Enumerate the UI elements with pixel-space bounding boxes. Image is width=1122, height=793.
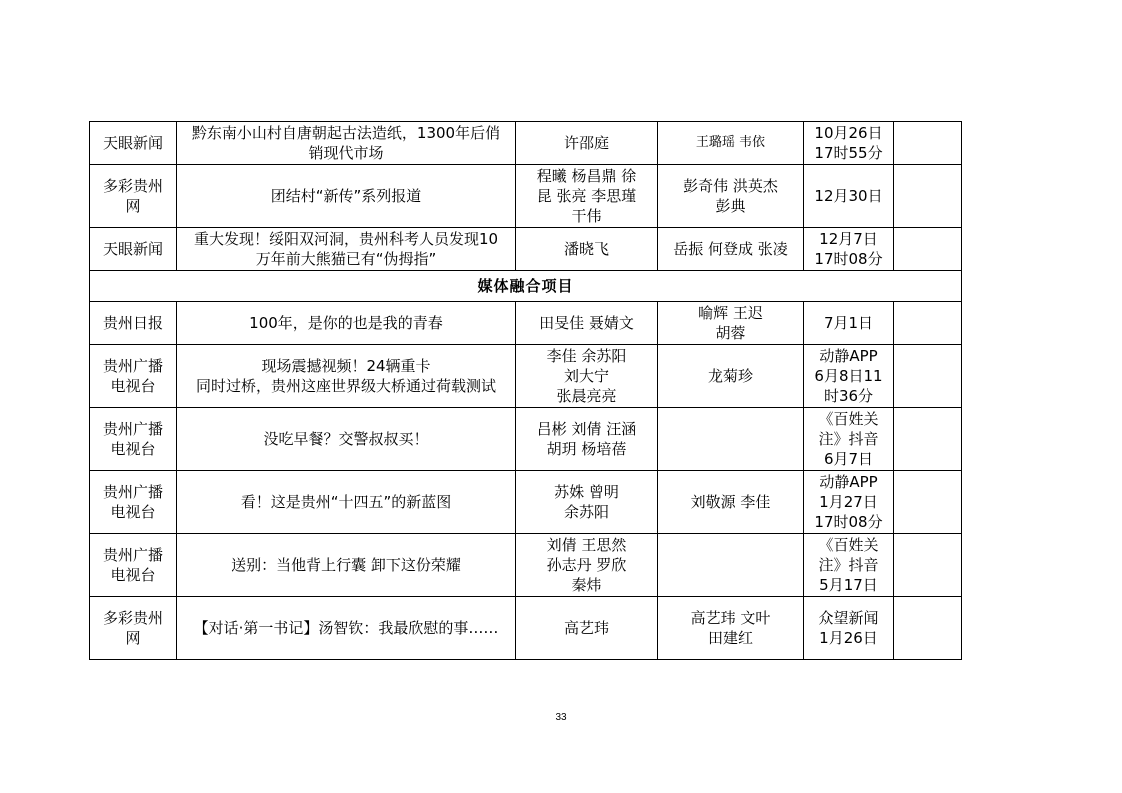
table-row: 多彩贵州 网 团结村“新传”系列报道 程曦 杨昌鼎 徐 昆 张亮 李思瑾 干伟 … xyxy=(90,165,962,228)
editor-cell: 高艺玮 文叶 田建红 xyxy=(658,597,804,660)
unit-cell: 贵州广播 电视台 xyxy=(90,345,177,408)
date-cell: 10月26日 17时55分 xyxy=(804,122,894,165)
note-cell xyxy=(894,408,962,471)
note-cell xyxy=(894,302,962,345)
editor-cell: 岳振 何登成 张凌 xyxy=(658,228,804,271)
note-cell xyxy=(894,345,962,408)
unit-cell: 贵州广播 电视台 xyxy=(90,471,177,534)
table-row: 多彩贵州 网 【对话·第一书记】汤智钦：我最欣慰的事…… 高艺玮 高艺玮 文叶 … xyxy=(90,597,962,660)
date-cell: 7月1日 xyxy=(804,302,894,345)
editor-cell: 龙菊珍 xyxy=(658,345,804,408)
editor-cell: 王璐瑶 韦依 xyxy=(658,122,804,165)
title-cell: 100年，是你的也是我的青春 xyxy=(177,302,516,345)
title-cell: 黔东南小山村自唐朝起古法造纸，1300年后俏 销现代市场 xyxy=(177,122,516,165)
note-cell xyxy=(894,597,962,660)
author-cell: 李佳 余苏阳 刘大宁 张晨亮亮 xyxy=(516,345,658,408)
title-cell: 重大发现！绥阳双河洞，贵州科考人员发现10 万年前大熊猫已有“伪拇指” xyxy=(177,228,516,271)
unit-cell: 贵州日报 xyxy=(90,302,177,345)
author-cell: 苏姝 曾明 余苏阳 xyxy=(516,471,658,534)
note-cell xyxy=(894,534,962,597)
author-cell: 许邵庭 xyxy=(516,122,658,165)
editor-cell xyxy=(658,534,804,597)
author-cell: 高艺玮 xyxy=(516,597,658,660)
title-cell: 团结村“新传”系列报道 xyxy=(177,165,516,228)
date-cell: 众望新闻 1月26日 xyxy=(804,597,894,660)
title-cell: 看！这是贵州“十四五”的新蓝图 xyxy=(177,471,516,534)
author-cell: 潘晓飞 xyxy=(516,228,658,271)
document-page: 天眼新闻 黔东南小山村自唐朝起古法造纸，1300年后俏 销现代市场 许邵庭 王璐… xyxy=(0,0,1122,793)
table-row: 贵州广播 电视台 送别：当他背上行囊 卸下这份荣耀 刘倩 王思然 孙志丹 罗欣 … xyxy=(90,534,962,597)
title-cell: 没吃早餐？交警叔叔买！ xyxy=(177,408,516,471)
table-row: 贵州广播 电视台 现场震撼视频！24辆重卡 同时过桥，贵州这座世界级大桥通过荷载… xyxy=(90,345,962,408)
note-cell xyxy=(894,228,962,271)
table-row: 贵州日报 100年，是你的也是我的青春 田旻佳 聂婧文 喻辉 王迟 胡蓉 7月1… xyxy=(90,302,962,345)
table-row: 天眼新闻 黔东南小山村自唐朝起古法造纸，1300年后俏 销现代市场 许邵庭 王璐… xyxy=(90,122,962,165)
unit-cell: 天眼新闻 xyxy=(90,122,177,165)
title-cell: 送别：当他背上行囊 卸下这份荣耀 xyxy=(177,534,516,597)
table-row: 天眼新闻 重大发现！绥阳双河洞，贵州科考人员发现10 万年前大熊猫已有“伪拇指”… xyxy=(90,228,962,271)
editor-cell: 喻辉 王迟 胡蓉 xyxy=(658,302,804,345)
table-row: 贵州广播 电视台 没吃早餐？交警叔叔买！ 吕彬 刘倩 汪涵 胡玥 杨培蓓 《百姓… xyxy=(90,408,962,471)
unit-cell: 贵州广播 电视台 xyxy=(90,534,177,597)
date-cell: 《百姓关 注》抖音 5月17日 xyxy=(804,534,894,597)
author-cell: 吕彬 刘倩 汪涵 胡玥 杨培蓓 xyxy=(516,408,658,471)
section-row: 媒体融合项目 xyxy=(90,271,962,302)
section-title: 媒体融合项目 xyxy=(90,271,962,302)
note-cell xyxy=(894,471,962,534)
date-cell: 《百姓关 注》抖音 6月7日 xyxy=(804,408,894,471)
unit-cell: 多彩贵州 网 xyxy=(90,597,177,660)
date-cell: 动静APP 1月27日 17时08分 xyxy=(804,471,894,534)
date-cell: 动静APP 6月8日11 时36分 xyxy=(804,345,894,408)
date-cell: 12月30日 xyxy=(804,165,894,228)
author-cell: 田旻佳 聂婧文 xyxy=(516,302,658,345)
unit-cell: 多彩贵州 网 xyxy=(90,165,177,228)
title-cell: 【对话·第一书记】汤智钦：我最欣慰的事…… xyxy=(177,597,516,660)
note-cell xyxy=(894,165,962,228)
unit-cell: 天眼新闻 xyxy=(90,228,177,271)
editor-cell xyxy=(658,408,804,471)
unit-cell: 贵州广播 电视台 xyxy=(90,408,177,471)
editor-cell: 彭奇伟 洪英杰 彭典 xyxy=(658,165,804,228)
author-cell: 程曦 杨昌鼎 徐 昆 张亮 李思瑾 干伟 xyxy=(516,165,658,228)
author-cell: 刘倩 王思然 孙志丹 罗欣 秦炜 xyxy=(516,534,658,597)
title-cell: 现场震撼视频！24辆重卡 同时过桥，贵州这座世界级大桥通过荷载测试 xyxy=(177,345,516,408)
page-number: 33 xyxy=(0,712,1122,723)
editor-cell: 刘敬源 李佳 xyxy=(658,471,804,534)
date-cell: 12月7日 17时08分 xyxy=(804,228,894,271)
table-row: 贵州广播 电视台 看！这是贵州“十四五”的新蓝图 苏姝 曾明 余苏阳 刘敬源 李… xyxy=(90,471,962,534)
note-cell xyxy=(894,122,962,165)
awards-table: 天眼新闻 黔东南小山村自唐朝起古法造纸，1300年后俏 销现代市场 许邵庭 王璐… xyxy=(89,121,962,660)
